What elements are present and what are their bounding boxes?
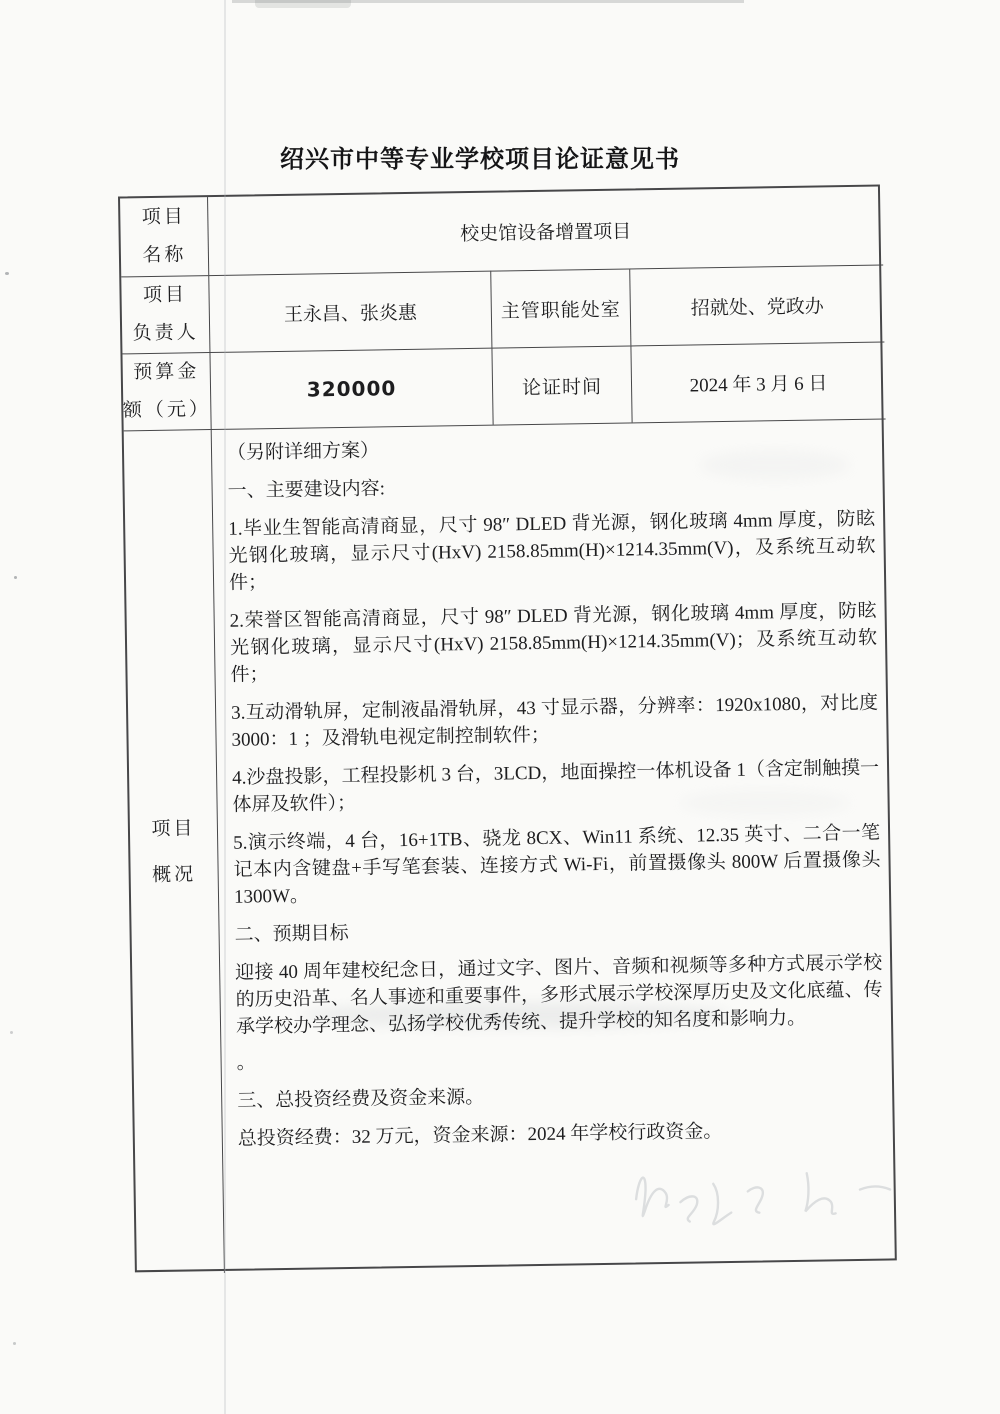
- value-project-leader: 王永昌、张炎惠: [208, 271, 491, 352]
- label-line: 概况: [152, 863, 196, 888]
- value-responsible-department: 招就处、党政办: [629, 264, 884, 345]
- scanned-page: 绍兴市中等专业学校项目论证意见书 项目 名称 校史馆设备增置项目 项目 负责人 …: [0, 0, 1000, 1414]
- label-responsible-department: 主管职能处室: [490, 268, 630, 347]
- project-overview-content: （另附详细方案） 一、主要建设内容: 1.毕业生智能高清商显，尺寸 98″ DL…: [211, 418, 899, 1272]
- scan-speck: [5, 272, 9, 275]
- label-project-overview: 项目 概况: [124, 429, 224, 1274]
- value-project-name: 校史馆设备增置项目: [207, 186, 883, 275]
- label-line: 名称: [142, 243, 186, 268]
- overview-note: （另附详细方案）: [227, 430, 874, 467]
- scan-speck: [10, 1031, 13, 1034]
- section-3-heading: 三、总投资经费及资金来源。: [237, 1078, 884, 1115]
- label-review-date: 论证时间: [491, 345, 631, 424]
- label-project-name: 项目 名称: [120, 197, 208, 276]
- section-1-heading: 一、主要建设内容:: [227, 468, 874, 505]
- scan-edge-artifact-blob: [255, 0, 351, 8]
- label-line: 项目: [142, 205, 186, 230]
- goal-paragraph: 迎接 40 周年建校纪念日，通过文字、图片、音频和视频等多种方式展示学校的历史沿…: [235, 950, 883, 1041]
- build-item-3: 3.互动滑轨屏，定制液晶滑轨屏，43 寸显示器，分辨率：1920x1080，对比…: [231, 690, 879, 754]
- build-item-2: 2.荣誉区智能高清商显，尺寸 98″ DLED 背光源，钢化玻璃 4mm 厚度，…: [229, 598, 877, 689]
- form-table: 项目 名称 校史馆设备增置项目 项目 负责人 王永昌、张炎惠 主管职能处室 招就…: [118, 185, 897, 1273]
- value-budget-amount: 320000: [209, 348, 492, 429]
- value-review-date: 2024 年 3 月 6 日: [630, 341, 885, 422]
- section-2-heading: 二、预期目标: [234, 912, 881, 949]
- label-line: 负责人: [132, 321, 198, 346]
- label-budget-amount: 预算金 额（元）: [122, 352, 210, 430]
- build-item-1: 1.毕业生智能高清商显，尺寸 98″ DLED 背光源，钢化玻璃 4mm 厚度，…: [228, 506, 876, 597]
- funding-paragraph: 总投资经费：32 万元，资金来源：2024 年学校行政资金。: [238, 1116, 885, 1153]
- stray-period: 。: [236, 1040, 883, 1077]
- label-line: 项目: [143, 283, 187, 308]
- label-line: 项目: [151, 817, 195, 842]
- build-item-5: 5.演示终端，4 台，16+1TB、骁龙 8CX、Win11 系统、12.35 …: [233, 820, 881, 911]
- label-project-leader: 项目 负责人: [121, 275, 209, 353]
- scan-speck: [13, 1342, 16, 1345]
- build-item-4: 4.沙盘投影，工程投影机 3 台，3LCD，地面操控一体机设备 1（含定制触摸一…: [232, 755, 880, 819]
- page-title: 绍兴市中等专业学校项目论证意见书: [0, 139, 960, 174]
- label-line: 额（元）: [123, 398, 211, 423]
- label-line: 预算金: [133, 360, 199, 385]
- scan-speck: [14, 576, 17, 579]
